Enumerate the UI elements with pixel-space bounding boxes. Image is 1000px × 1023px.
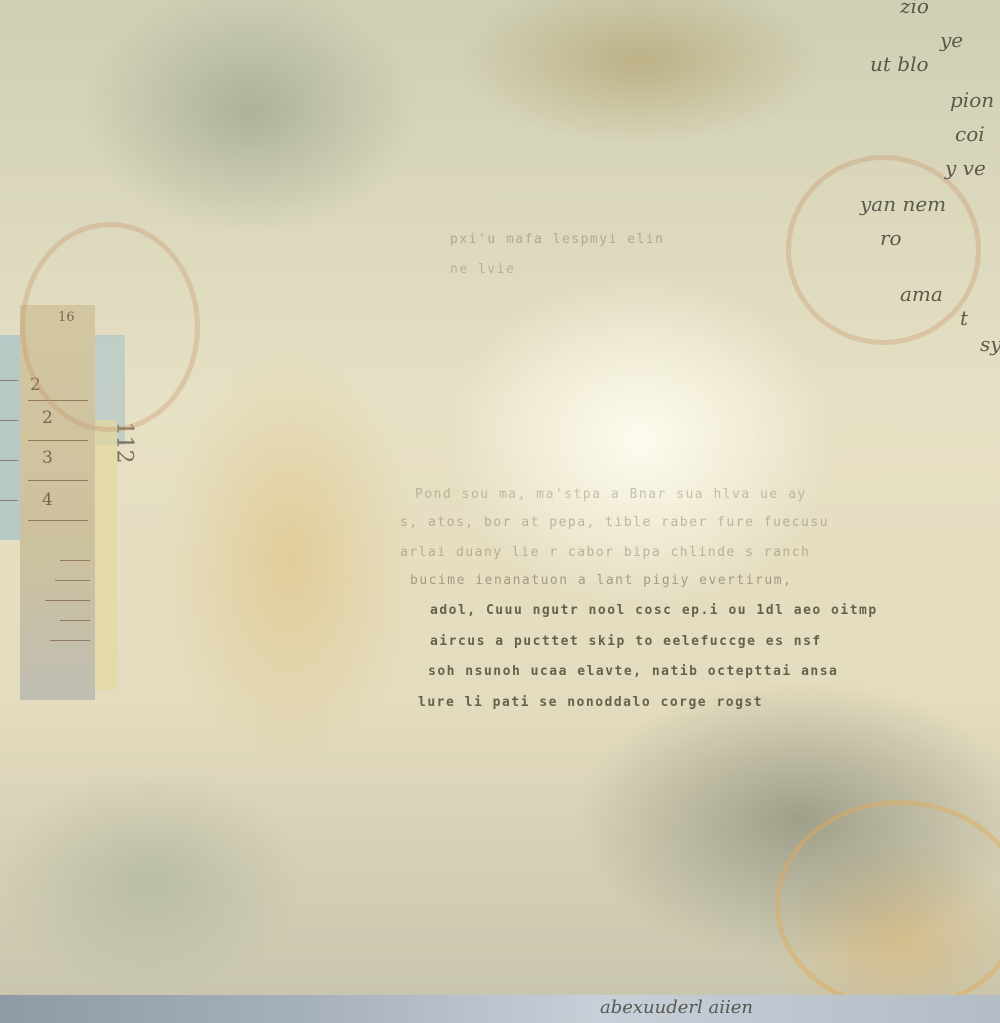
handwritten-line: coi xyxy=(955,122,985,146)
ruler-number: 4 xyxy=(42,490,53,510)
handwritten-line: zio xyxy=(900,0,929,18)
typed-line: adol, Cuuu ngutr nool cosc ep.i ou 1dl a… xyxy=(430,603,878,618)
typed-line: ne lvie xyxy=(450,262,515,277)
bottom-handwriting: abexuuderl aiien xyxy=(600,997,753,1018)
typed-line: aircus a pucttet skip to eelefuccge es n… xyxy=(430,634,822,649)
handwritten-line: ut blo xyxy=(870,52,929,76)
ruler-number: 3 xyxy=(42,448,53,468)
yellow-paper-strip xyxy=(95,420,117,690)
typed-line: lure li pati se nonoddalo corge rogst xyxy=(418,695,763,710)
ruler-number: 2 xyxy=(42,408,53,428)
coffee-ring-left xyxy=(20,222,200,432)
blue-paper-strip xyxy=(0,335,20,540)
handwritten-line: t xyxy=(960,306,968,330)
typed-line: arlai duany lie r cabor bipa chlinde s r… xyxy=(400,545,810,560)
typed-line: pxi'u mafa lespmyi elin xyxy=(450,232,665,247)
typed-line: soh nsunoh ucaa elavte, natib octepttai … xyxy=(428,664,838,679)
handwritten-line: sy xyxy=(980,332,1000,356)
typed-line: bucime ienanatuon a lant pigiy evertirum… xyxy=(410,573,792,588)
coffee-ring-bottom-right xyxy=(775,800,1000,1010)
handwritten-line: pion xyxy=(950,88,994,112)
handwritten-line: ye xyxy=(940,28,963,52)
coffee-ring-top-right xyxy=(786,155,981,345)
handwritten-line: y ve xyxy=(945,156,986,180)
typed-line: Pond sou ma, ma'stpa a Bnar sua hlva ue … xyxy=(415,487,807,502)
typed-line: s, atos, bor at pepa, tible raber fure f… xyxy=(400,515,829,530)
